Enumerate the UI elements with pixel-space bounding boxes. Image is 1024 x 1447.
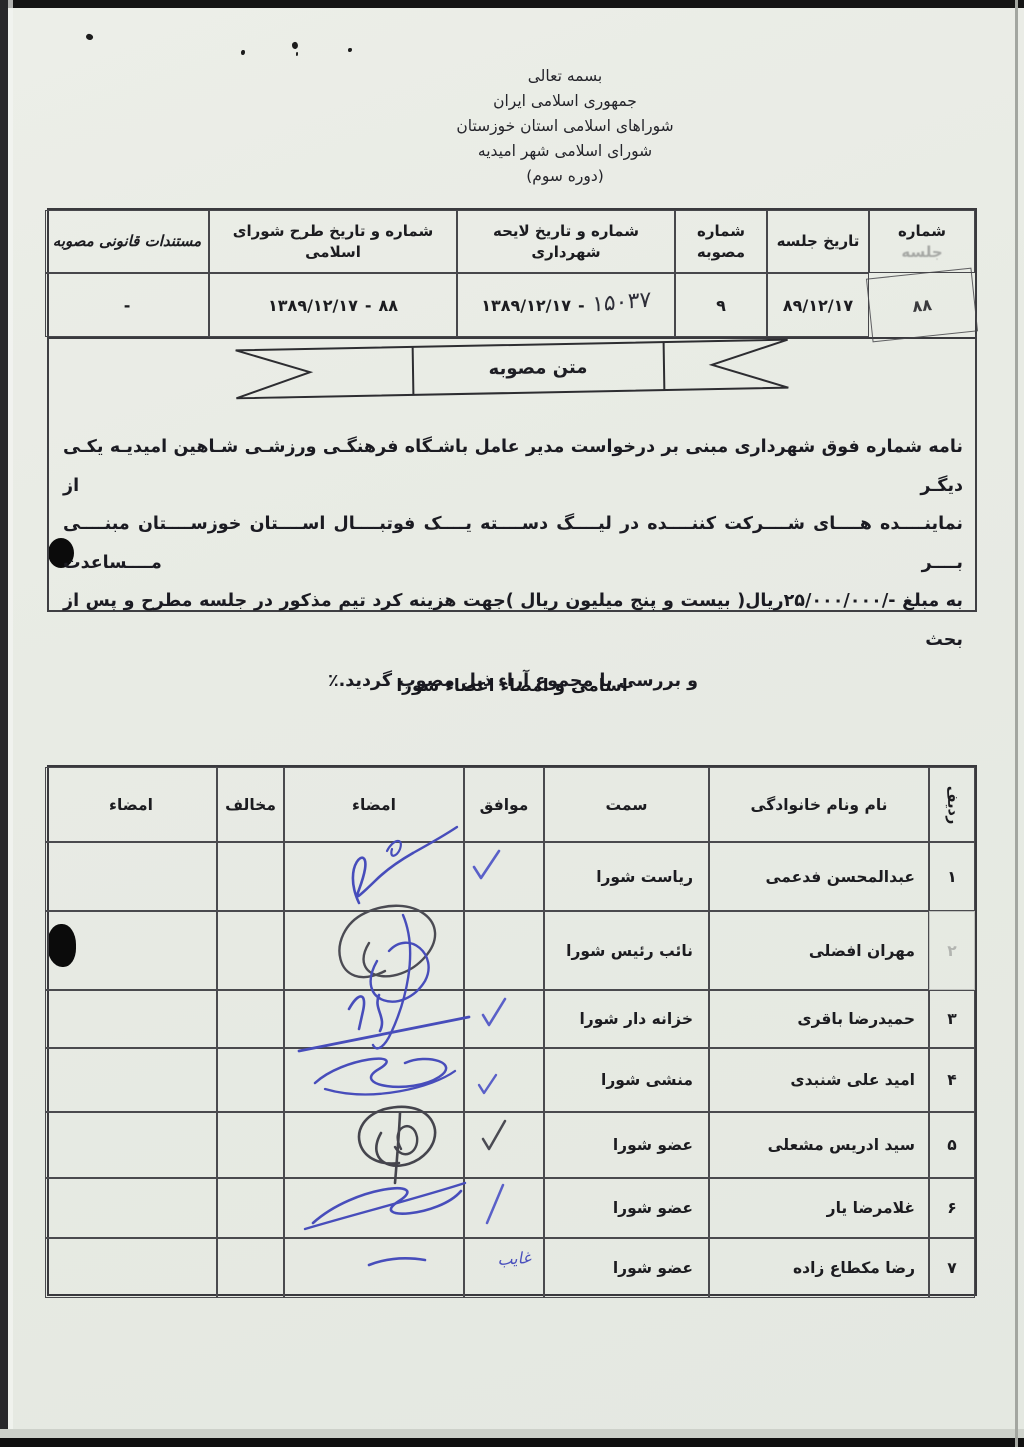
letterhead-city-council: شورای اسلامی شهر امیدیه [200, 139, 930, 164]
oppose-signature-cell [45, 1238, 217, 1298]
oppose-cell [217, 1048, 284, 1112]
member-position: عضو شورا [544, 1238, 709, 1298]
resolution-text: نامه شماره فوق شهرداری مبنی بر درخواست م… [63, 428, 963, 701]
signature-cell [284, 1178, 464, 1238]
row-no-label: ردیف [943, 785, 961, 824]
bill-number-handwritten: ۱۵۰۳۷ [592, 289, 651, 315]
header-legal-refs: مستندات قانونی مصوبه [45, 210, 209, 273]
header-session-no-line2: جلسه [901, 242, 942, 263]
scan-edge-bottom-light [0, 1429, 1024, 1438]
agree-cell [464, 1112, 544, 1178]
oppose-cell [217, 1238, 284, 1298]
member-name: امید علی شنبدی [709, 1048, 929, 1112]
member-row-no: ۶ [929, 1178, 975, 1238]
signature-cell [284, 1048, 464, 1112]
letterhead-province-councils: شوراهای اسلامی استان خوزستان [200, 114, 930, 139]
agree-cell [464, 911, 544, 990]
member-name: عبدالمحسن فدعمی [709, 842, 929, 911]
header-municipality-bill: شماره و تاریخ لایحه شهرداری [457, 210, 675, 273]
oppose-signature-cell [45, 911, 217, 990]
scan-edge-bottom [0, 1438, 1024, 1447]
agree-cell [464, 842, 544, 911]
member-position: خزانه دار شورا [544, 990, 709, 1048]
col-header-agree: موافق [464, 767, 544, 842]
plan-dash: - [365, 295, 372, 316]
member-row-no: ۷ [929, 1238, 975, 1298]
oppose-signature-cell [45, 1112, 217, 1178]
resolution-box: متن مصوبه نامه شماره فوق شهرداری مبنی بر… [47, 334, 977, 612]
member-position: ریاست شورا [544, 842, 709, 911]
member-name: غلامرضا یار [709, 1178, 929, 1238]
member-name: حمیدرضا باقری [709, 990, 929, 1048]
signature-cell [284, 842, 464, 911]
bill-dash: - [578, 295, 585, 316]
header-session-date: تاریخ جلسه [767, 210, 869, 273]
scan-edge-left [0, 0, 8, 1447]
header-session-no-line1: شماره [898, 221, 946, 242]
col-header-signature2: امضاء [45, 767, 217, 842]
oppose-cell [217, 990, 284, 1048]
resolution-line-3: به مبلغ -/۲۵/۰۰۰/۰۰۰ریال( بیست و پنج میل… [63, 582, 963, 659]
oppose-cell [217, 1112, 284, 1178]
oppose-signature-cell [45, 1048, 217, 1112]
members-table-wrap: ردیف نام ونام خانوادگی سمت موافق امضاء م… [47, 765, 977, 1296]
member-row-no: ۱ [929, 842, 975, 911]
agree-cell [464, 1178, 544, 1238]
agree-cell [464, 990, 544, 1048]
letterhead-country: جمهوری اسلامی ایران [200, 89, 930, 114]
value-council-plan: ۸۸ - ۱۳۸۹/۱۲/۱۷ [209, 273, 457, 337]
letterhead: بسمه تعالی جمهوری اسلامی ایران شوراهای ا… [200, 64, 930, 189]
member-position: عضو شورا [544, 1112, 709, 1178]
col-header-position: سمت [544, 767, 709, 842]
ink-speck [296, 52, 298, 56]
letterhead-bismillah: بسمه تعالی [200, 64, 930, 89]
scan-edge-left-gap [8, 0, 13, 1447]
member-row-no: ۳ [929, 990, 975, 1048]
scanned-council-resolution-page: بسمه تعالی جمهوری اسلامی ایران شوراهای ا… [0, 0, 1024, 1447]
value-resolution-no: ۹ [675, 273, 767, 337]
ink-speck [85, 33, 94, 42]
signature-cell [284, 911, 464, 990]
resolution-title: متن مصوبه [412, 341, 665, 395]
member-row-no: ۲ [929, 911, 975, 990]
signature-cell [284, 990, 464, 1048]
scan-edge-top [0, 0, 1024, 8]
bill-date: ۱۳۸۹/۱۲/۱۷ [481, 295, 571, 316]
header-resolution-no: شماره مصوبه [675, 210, 767, 273]
value-municipality-bill: ۱۵۰۳۷ - ۱۳۸۹/۱۲/۱۷ [457, 273, 675, 337]
oppose-signature-cell [45, 842, 217, 911]
oppose-cell [217, 842, 284, 911]
signature-cell [284, 1112, 464, 1178]
value-session-date: ۸۹/۱۲/۱۷ [767, 273, 869, 337]
resolution-line-1: نامه شماره فوق شهرداری مبنی بر درخواست م… [63, 428, 963, 505]
col-header-row-no: ردیف [929, 767, 975, 842]
scan-edge-right [1015, 0, 1018, 1447]
member-name: سید ادریس مشعلی [709, 1112, 929, 1178]
col-header-name: نام ونام خانوادگی [709, 767, 929, 842]
resolution-line-2: نماینــــده هــــای شــــرکت کننــــده د… [63, 505, 963, 582]
oppose-signature-cell [45, 1178, 217, 1238]
member-row-no: ۵ [929, 1112, 975, 1178]
letterhead-term: (دوره سوم) [200, 164, 930, 189]
plan-date: ۱۳۸۹/۱۲/۱۷ [268, 295, 358, 316]
member-position: نائب رئیس شورا [544, 911, 709, 990]
resolution-meta-table: شماره جلسه تاریخ جلسه شماره مصوبه شماره … [47, 208, 977, 339]
col-header-oppose: مخالف [217, 767, 284, 842]
member-position: عضو شورا [544, 1178, 709, 1238]
ink-speck [291, 41, 299, 50]
value-legal-refs: - [45, 273, 209, 337]
ink-speck [241, 50, 245, 55]
col-header-signature: امضاء [284, 767, 464, 842]
plan-number: ۸۸ [378, 295, 398, 316]
member-name: مهران افضلی [709, 911, 929, 990]
ink-speck [348, 48, 352, 52]
agree-cell [464, 1048, 544, 1112]
header-session-no: شماره جلسه [869, 210, 975, 273]
oppose-signature-cell [45, 990, 217, 1048]
member-row-no: ۴ [929, 1048, 975, 1112]
oppose-cell [217, 911, 284, 990]
resolution-title-ribbon: متن مصوبه [234, 339, 791, 400]
member-position: منشی شورا [544, 1048, 709, 1112]
oppose-cell [217, 1178, 284, 1238]
header-council-plan: شماره و تاریخ طرح شورای اسلامی [209, 210, 457, 273]
members-section-title: اسامی و امضاء اعضاء شورا [47, 676, 977, 696]
value-session-no: ۸۸ [866, 268, 978, 343]
signature-cell [284, 1238, 464, 1298]
members-table: ردیف نام ونام خانوادگی سمت موافق امضاء م… [47, 765, 977, 1296]
member-name: رضا مکطاع زاده [709, 1238, 929, 1298]
